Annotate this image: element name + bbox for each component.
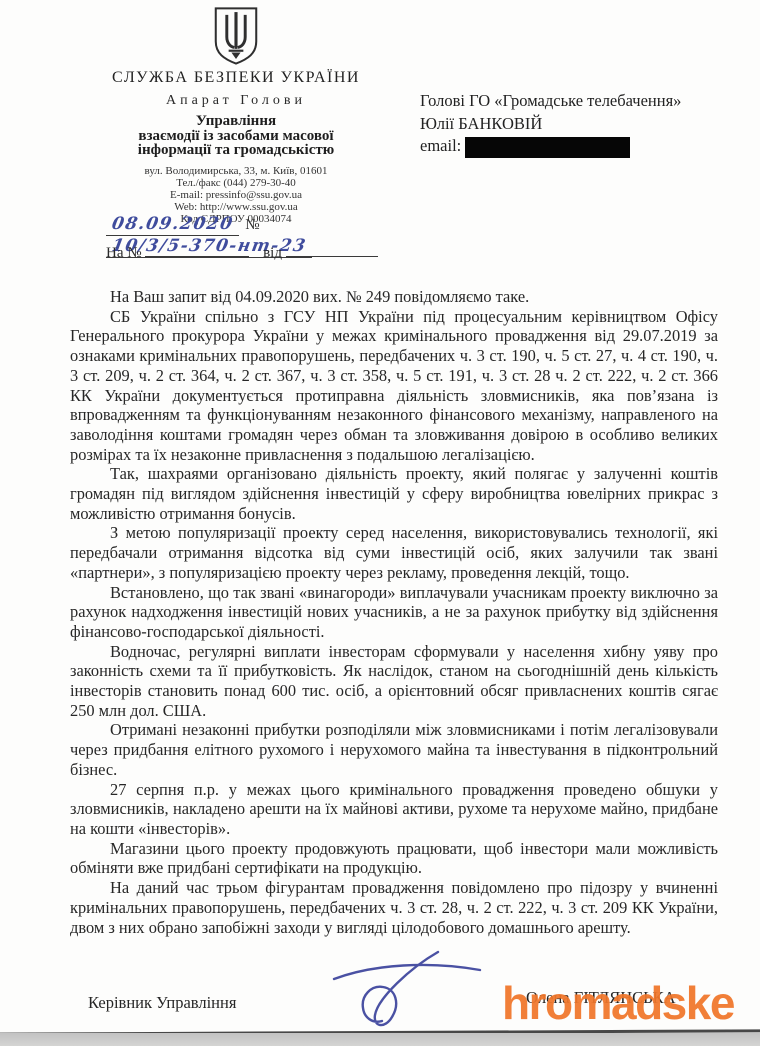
department-line-2: взаємодії із засобами масової — [52, 129, 420, 144]
paragraph: Так, шахраями організовано діяльність пр… — [70, 464, 718, 523]
department-line-1: Управління — [52, 114, 420, 129]
signer-position-title: Керівник Управління — [88, 993, 236, 1013]
recipient-line-1: Голові ГО «Громадське телебачення» — [420, 90, 750, 113]
reply-no-label: На № — [106, 245, 142, 261]
paragraph: Встановлено, що так звані «винагороди» в… — [70, 583, 718, 642]
org-phone: Тел./факс (044) 279-30-40 — [52, 177, 420, 189]
paragraph: На Ваш запит від 04.09.2020 вих. № 249 п… — [70, 287, 718, 307]
recipient-line-2: Юлії БАНКОВІЙ — [420, 113, 750, 136]
reference-line: 08.09.2020 № 10/3/5-370-нт-23 — [106, 214, 436, 244]
department-line-3: інформації та громадськістю — [52, 143, 420, 158]
paragraph: На даний час трьом фігурантам провадженн… — [70, 878, 718, 937]
number-sign: № — [245, 217, 259, 233]
org-web: Web: http://www.ssu.gov.ua — [52, 201, 420, 213]
paragraph: СБ України спільно з ГСУ НП України під … — [70, 307, 718, 465]
paragraph: З метою популяризації проекту серед насе… — [70, 523, 718, 582]
division-name: Апарат Голови — [52, 93, 420, 109]
org-address: вул. Володимирська, 33, м. Київ, 01601 — [52, 165, 420, 177]
recipient-email-label: email: — [420, 136, 461, 155]
scanned-letter-page: СЛУЖБА БЕЗПЕКИ УКРАЇНИ Апарат Голови Упр… — [0, 0, 760, 1046]
letter-body: На Ваш запит від 04.09.2020 вих. № 249 п… — [70, 287, 718, 937]
letterhead: СЛУЖБА БЕЗПЕКИ УКРАЇНИ Апарат Голови Упр… — [52, 2, 420, 226]
handwritten-signature — [322, 946, 492, 1032]
paragraph: Отримані незаконні прибутки розподіляли … — [70, 720, 718, 779]
reply-no-blank — [145, 242, 249, 257]
redacted-email-box — [465, 137, 630, 158]
handwritten-date: 08.09.2020 — [110, 214, 235, 234]
paragraph: Магазини цього проекту продовжують працю… — [70, 839, 718, 878]
org-name: СЛУЖБА БЕЗПЕКИ УКРАЇНИ — [52, 69, 420, 87]
reply-reference-line: На № від — [106, 242, 378, 262]
reply-from-blank — [286, 242, 378, 257]
recipient-block: Голові ГО «Громадське телебачення» Юлії … — [420, 90, 750, 158]
ukraine-trident-emblem-icon — [213, 6, 259, 66]
org-email: E-mail: pressinfo@ssu.gov.ua — [52, 189, 420, 201]
hromadske-watermark-logo: hromadske — [502, 976, 760, 1030]
reply-from-label: від — [263, 245, 282, 261]
paragraph: 27 серпня п.р. у межах цього кримінально… — [70, 780, 718, 839]
paragraph: Водночас, регулярні виплати інвесторам с… — [70, 642, 718, 721]
scanner-background — [0, 1033, 760, 1046]
